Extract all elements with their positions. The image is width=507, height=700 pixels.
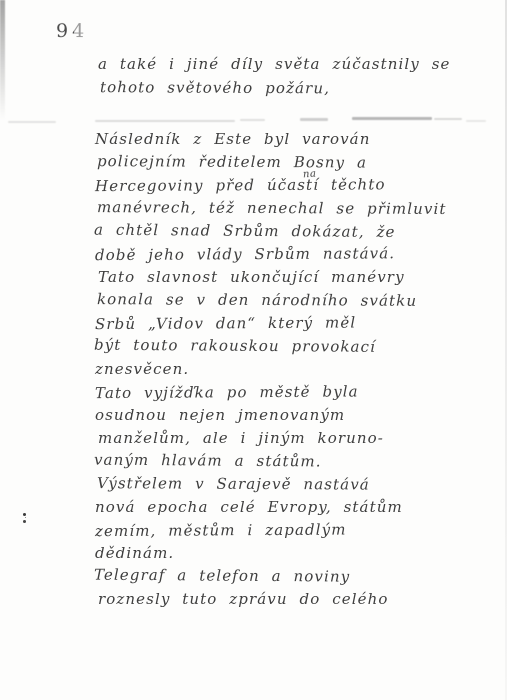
handwritten-line: Srbů „Vidov dan“ který měl: [95, 311, 445, 336]
paragraph-body: Následník z Este byl varovánpolicejním ř…: [95, 128, 445, 611]
handwritten-line: Následník z Este byl varován: [95, 128, 445, 151]
fold-line-dash: [352, 117, 432, 120]
handwritten-line: roznesly tuto zprávu do celého: [98, 588, 448, 611]
handwritten-line: zemím, městům i zapadlým: [95, 518, 445, 543]
inserted-word-above-line: na: [303, 169, 317, 181]
ink-smudge-mark: [23, 513, 26, 516]
handwritten-line: manévrech, též nenechal se přimluvit: [97, 196, 447, 221]
handwritten-line: Tato vyjížďka po městě byla: [95, 380, 445, 405]
handwritten-line: a také i jiné díly světa zúčastnily se: [98, 52, 450, 76]
scan-left-edge-artifact: [0, 0, 5, 120]
handwritten-line: Výstřelem v Sarajevě nastává: [97, 472, 447, 497]
manuscript-page: 94 a také i jiné díly světa zúčastnily s…: [0, 0, 507, 700]
fold-line-dash: [240, 119, 265, 121]
handwritten-line: být touto rakouskou provokací: [94, 334, 444, 360]
fold-line-dash: [95, 120, 235, 122]
handwritten-line: policejním ředitelem Bosny a: [97, 150, 447, 175]
fold-line-dash: [8, 121, 56, 123]
fold-line-dash: [434, 118, 462, 120]
handwritten-line: nová epocha celé Evropy, státům: [95, 496, 445, 519]
fold-line-dash: [466, 120, 486, 122]
handwritten-line: znesvěcen.: [95, 358, 445, 381]
handwritten-line: dědinám.: [95, 542, 445, 565]
handwritten-line: vaným hlavám a státům.: [94, 449, 444, 475]
handwritten-line: a chtěl snad Srbům dokázat, že: [94, 219, 444, 245]
handwritten-line: Telegraf a telefon a noviny: [94, 564, 444, 590]
handwritten-line: době jeho vlády Srbům nastává.: [95, 242, 445, 267]
handwritten-line: osudnou nejen jmenovaným: [95, 404, 445, 427]
handwritten-line: Hercegoviny před účastí těchto: [95, 173, 445, 198]
handwritten-line: Tato slavnost ukončující manévry: [98, 266, 448, 289]
fold-line-dash: [300, 118, 328, 121]
paragraph-intro: a také i jiné díly světa zúčastnily seto…: [98, 52, 450, 100]
handwritten-line: tohoto světového požáru,: [100, 75, 453, 101]
handwritten-line: manželům, ale i jiným koruno-: [98, 427, 448, 450]
handwritten-line: konala se v den národního svátku: [97, 288, 447, 313]
page-number-fade-overlay: [74, 18, 90, 44]
